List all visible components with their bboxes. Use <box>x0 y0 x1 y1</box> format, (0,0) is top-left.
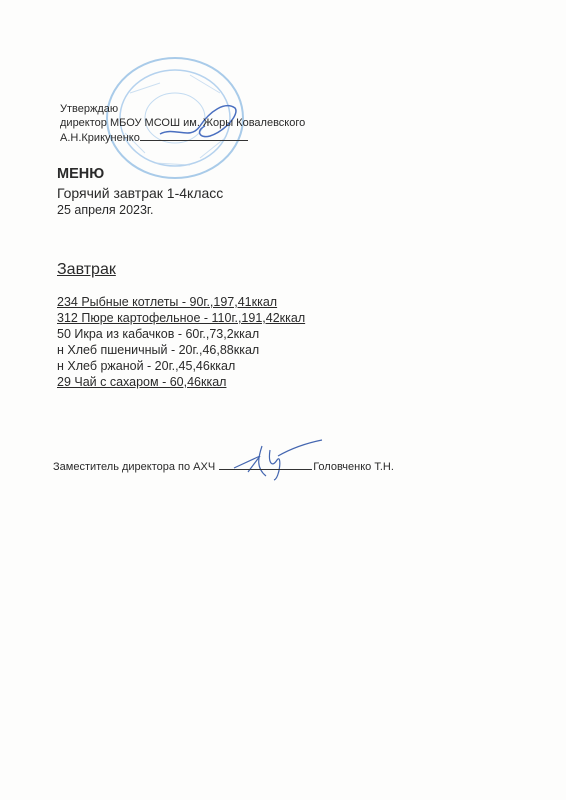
approval-label: Утверждаю <box>60 103 305 117</box>
deputy-position: Заместитель директора по АХЧ <box>53 461 215 473</box>
menu-item: 29 Чай с сахаром - 60,46ккал <box>57 374 305 390</box>
menu-items-list: 234 Рыбные котлеты - 90г.,197,41ккал312 … <box>57 294 305 390</box>
menu-item: 312 Пюре картофельное - 110г.,191,42ккал <box>57 310 305 326</box>
deputy-signature-block: Заместитель директора по АХЧГоловченко Т… <box>53 459 394 473</box>
approval-name-line: А.Н.Крикуненко <box>60 130 305 146</box>
approval-position: директор МБОУ МСОШ им. Жоры Ковалевского <box>60 117 305 131</box>
menu-item: н Хлеб ржаной - 20г.,45,46ккал <box>57 358 305 374</box>
menu-item: 234 Рыбные котлеты - 90г.,197,41ккал <box>57 294 305 310</box>
menu-item: н Хлеб пшеничный - 20г.,46,88ккал <box>57 342 305 358</box>
deputy-signature-line <box>219 459 312 470</box>
page-title: МЕНЮ <box>57 166 104 182</box>
approval-block: Утверждаю директор МБОУ МСОШ им. Жоры Ко… <box>60 103 305 146</box>
menu-item: 50 Икра из кабачков - 60г.,73,2ккал <box>57 326 305 342</box>
section-title: Завтрак <box>57 261 116 279</box>
deputy-name: Головченко Т.Н. <box>313 461 394 473</box>
signature-line <box>140 130 248 141</box>
approval-name: А.Н.Крикуненко <box>60 132 140 144</box>
menu-date: 25 апреля 2023г. <box>57 203 153 217</box>
page-subtitle: Горячий завтрак 1-4класс <box>57 185 223 201</box>
